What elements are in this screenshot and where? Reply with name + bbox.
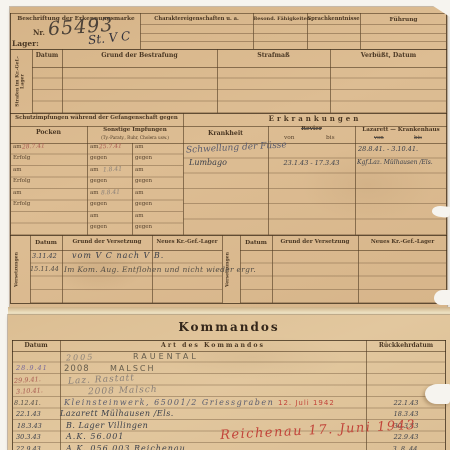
column-header-character: Charaktereigenschaften u. a. xyxy=(140,17,253,22)
illness-period: 23.1.43 - 17.3.43 xyxy=(268,160,355,167)
kommando-name-stamp: RAUENTAL xyxy=(133,353,199,361)
kommando-entry: 2008 Malsch xyxy=(88,386,158,397)
hospital-to-label: bis xyxy=(414,136,422,142)
impf-cell-label: Erfolg xyxy=(13,202,30,208)
transfers-col-date: Datum xyxy=(30,240,62,246)
impf-cell-label: am xyxy=(135,214,144,220)
kommandos-col-date: Datum xyxy=(12,343,60,350)
transfer-date: 15.11.44 xyxy=(30,266,59,273)
vaccinations-col-pox: Pocken xyxy=(10,130,87,137)
impf-cell-label: am xyxy=(90,145,99,151)
impf-cell-label: gegen xyxy=(135,179,152,185)
impf-cell-label: am xyxy=(135,191,144,197)
impf-cell-label: gegen xyxy=(90,202,107,208)
punishments-col-served: Verbüßt, Datum xyxy=(330,53,447,60)
kommando-return-date: 18.3.43 xyxy=(366,411,446,418)
kommando-number-stamp: 2008 xyxy=(64,365,90,374)
illness-entry: Lumbago xyxy=(189,159,227,167)
camp-label: Lager: xyxy=(12,40,39,48)
impf-cell-label: gegen xyxy=(90,179,107,185)
impf-cell-label: gegen xyxy=(135,156,152,162)
transfer-entry: vom V C nach V B. xyxy=(72,252,164,260)
kommando-date: 29.9.41. xyxy=(14,376,41,384)
vaccination-date: 8.8.41 xyxy=(101,190,120,197)
kommando-date: 3.10.41. xyxy=(16,387,43,395)
edge-tear-large xyxy=(425,384,450,404)
kommando-date: 18.3.43 xyxy=(17,423,42,430)
transfer-date: 3.11.42 xyxy=(32,253,57,260)
punishments-col-reason: Grund der Bestrafung xyxy=(62,53,217,60)
nr-label: Nr. xyxy=(33,29,45,36)
kommando-return-date: 3. 8. 44. xyxy=(366,446,446,450)
transfers-col-date: Datum xyxy=(240,240,272,246)
impf-cell-label: gegen xyxy=(90,156,107,162)
impf-cell-label: gegen xyxy=(135,225,152,231)
kommando-return-date: 22.9.43 xyxy=(366,434,446,441)
impf-cell-label: am xyxy=(13,145,22,151)
kommando-entry: Lazarett Mülhausen /Els. xyxy=(60,410,174,418)
edge-tear xyxy=(434,290,450,305)
vaccination-date: 28.7.41 xyxy=(22,143,45,150)
scanned-pow-record: Beschriftung der Erkennungsmarke Nr. 654… xyxy=(0,0,450,450)
kommando-date: 22.9.43 xyxy=(16,446,41,450)
impf-cell-label: am xyxy=(13,168,22,174)
impf-cell-label: gegen xyxy=(135,202,152,208)
impf-cell-label: gegen xyxy=(90,225,107,231)
vaccinations-title: Schutzimpfungen während der Gefangenscha… xyxy=(10,116,183,122)
kommando-entry: A.K. 56.001 xyxy=(66,433,124,441)
kommando-number: 2005 xyxy=(66,353,95,362)
kommando-entry: Kleinsteinwerk, 65001/2 Griessgraben xyxy=(64,399,274,407)
transfers-side-label: Versetzungen xyxy=(16,242,25,298)
kommando-name-stamp: MALSCH xyxy=(110,365,156,373)
impf-cell-label: am xyxy=(90,214,99,220)
impf-cell-label: am xyxy=(135,145,144,151)
kommandos-col-return: Rückkehrdatum xyxy=(366,343,446,349)
vaccinations-col-other: Sonstige Impfungen xyxy=(87,128,183,134)
transfers-col-newcamp: Neues Kr.-Gef.-Lager xyxy=(358,240,447,246)
transfer-entry: Im Kom. Aug. Entflohen und nicht wieder … xyxy=(64,266,256,274)
column-header-conduct: Führung xyxy=(360,17,447,23)
punishments-side-label: Strafen im Kr.-Gef.-Lager xyxy=(17,50,26,114)
kommando-entry: Laz. Rastatt xyxy=(68,374,135,386)
impf-cell-label: am xyxy=(90,168,99,174)
kommando-date: 30.3.43 xyxy=(16,434,41,441)
impf-cell-label: Erfolg xyxy=(13,156,30,162)
transfers-col-reason: Grund der Versetzung xyxy=(272,240,358,246)
impf-cell-label: am xyxy=(13,191,22,197)
camp-value: St. V C xyxy=(87,30,130,46)
kommando-entry: A.K. 056.003 Reichenau xyxy=(66,445,186,450)
impf-cell-label: Erfolg xyxy=(13,179,30,185)
illnesses-to-label: bis xyxy=(326,135,335,141)
illnesses-title: Erkrankungen xyxy=(183,115,447,122)
hospital-from-label: von xyxy=(374,136,384,142)
impf-cell-label: am xyxy=(90,191,99,197)
vaccination-date: 1.8.41 xyxy=(103,166,122,173)
kommandos-col-type: Art des Kommandos xyxy=(60,343,366,350)
transfers-col-reason: Grund der Versetzung xyxy=(62,240,152,246)
illnesses-col-hospital: Lazarett — Krankenhaus xyxy=(355,128,447,134)
date-stamp: 12. Juli 1942 xyxy=(278,400,335,407)
kommando-date: 22.1.43 xyxy=(16,411,41,418)
punishments-col-sentence: Strafmaß xyxy=(217,53,330,60)
illnesses-col-disease: Krankheit xyxy=(183,131,268,138)
vaccination-date: 25.7.41 xyxy=(99,144,122,151)
column-header-abilities: Besond. Fähigkeiten xyxy=(253,17,307,22)
impf-cell-label: am xyxy=(135,168,144,174)
vaccinations-col-other-sub: (Ty.-Paraty., Ruhr, Cholera usw.) xyxy=(87,136,183,140)
kommando-date: 8.12.41. xyxy=(14,400,41,407)
record-card: Beschriftung der Erkennungsmarke Nr. 654… xyxy=(10,7,447,307)
punishments-col-date: Datum xyxy=(32,53,62,59)
illness-hospital-dates: 28.8.41. - 3.10.41. xyxy=(358,146,418,153)
illnesses-col-revier: Revier xyxy=(268,126,355,132)
kommando-entry: B. Lager Villingen xyxy=(66,422,148,430)
kommando-date: 28.9.41 xyxy=(16,365,48,372)
detachment-card: Kommandos Datum Art des Kommandos Rückke… xyxy=(8,315,450,450)
transfers-col-newcamp: Neues Kr.-Gef.-Lager xyxy=(152,240,222,245)
column-header-languages: Sprachkenntnisse xyxy=(307,17,360,22)
kommandos-title: Kommandos xyxy=(8,321,450,334)
illness-hospital: Kgf.Laz. Mülhausen /Els. xyxy=(357,160,433,166)
